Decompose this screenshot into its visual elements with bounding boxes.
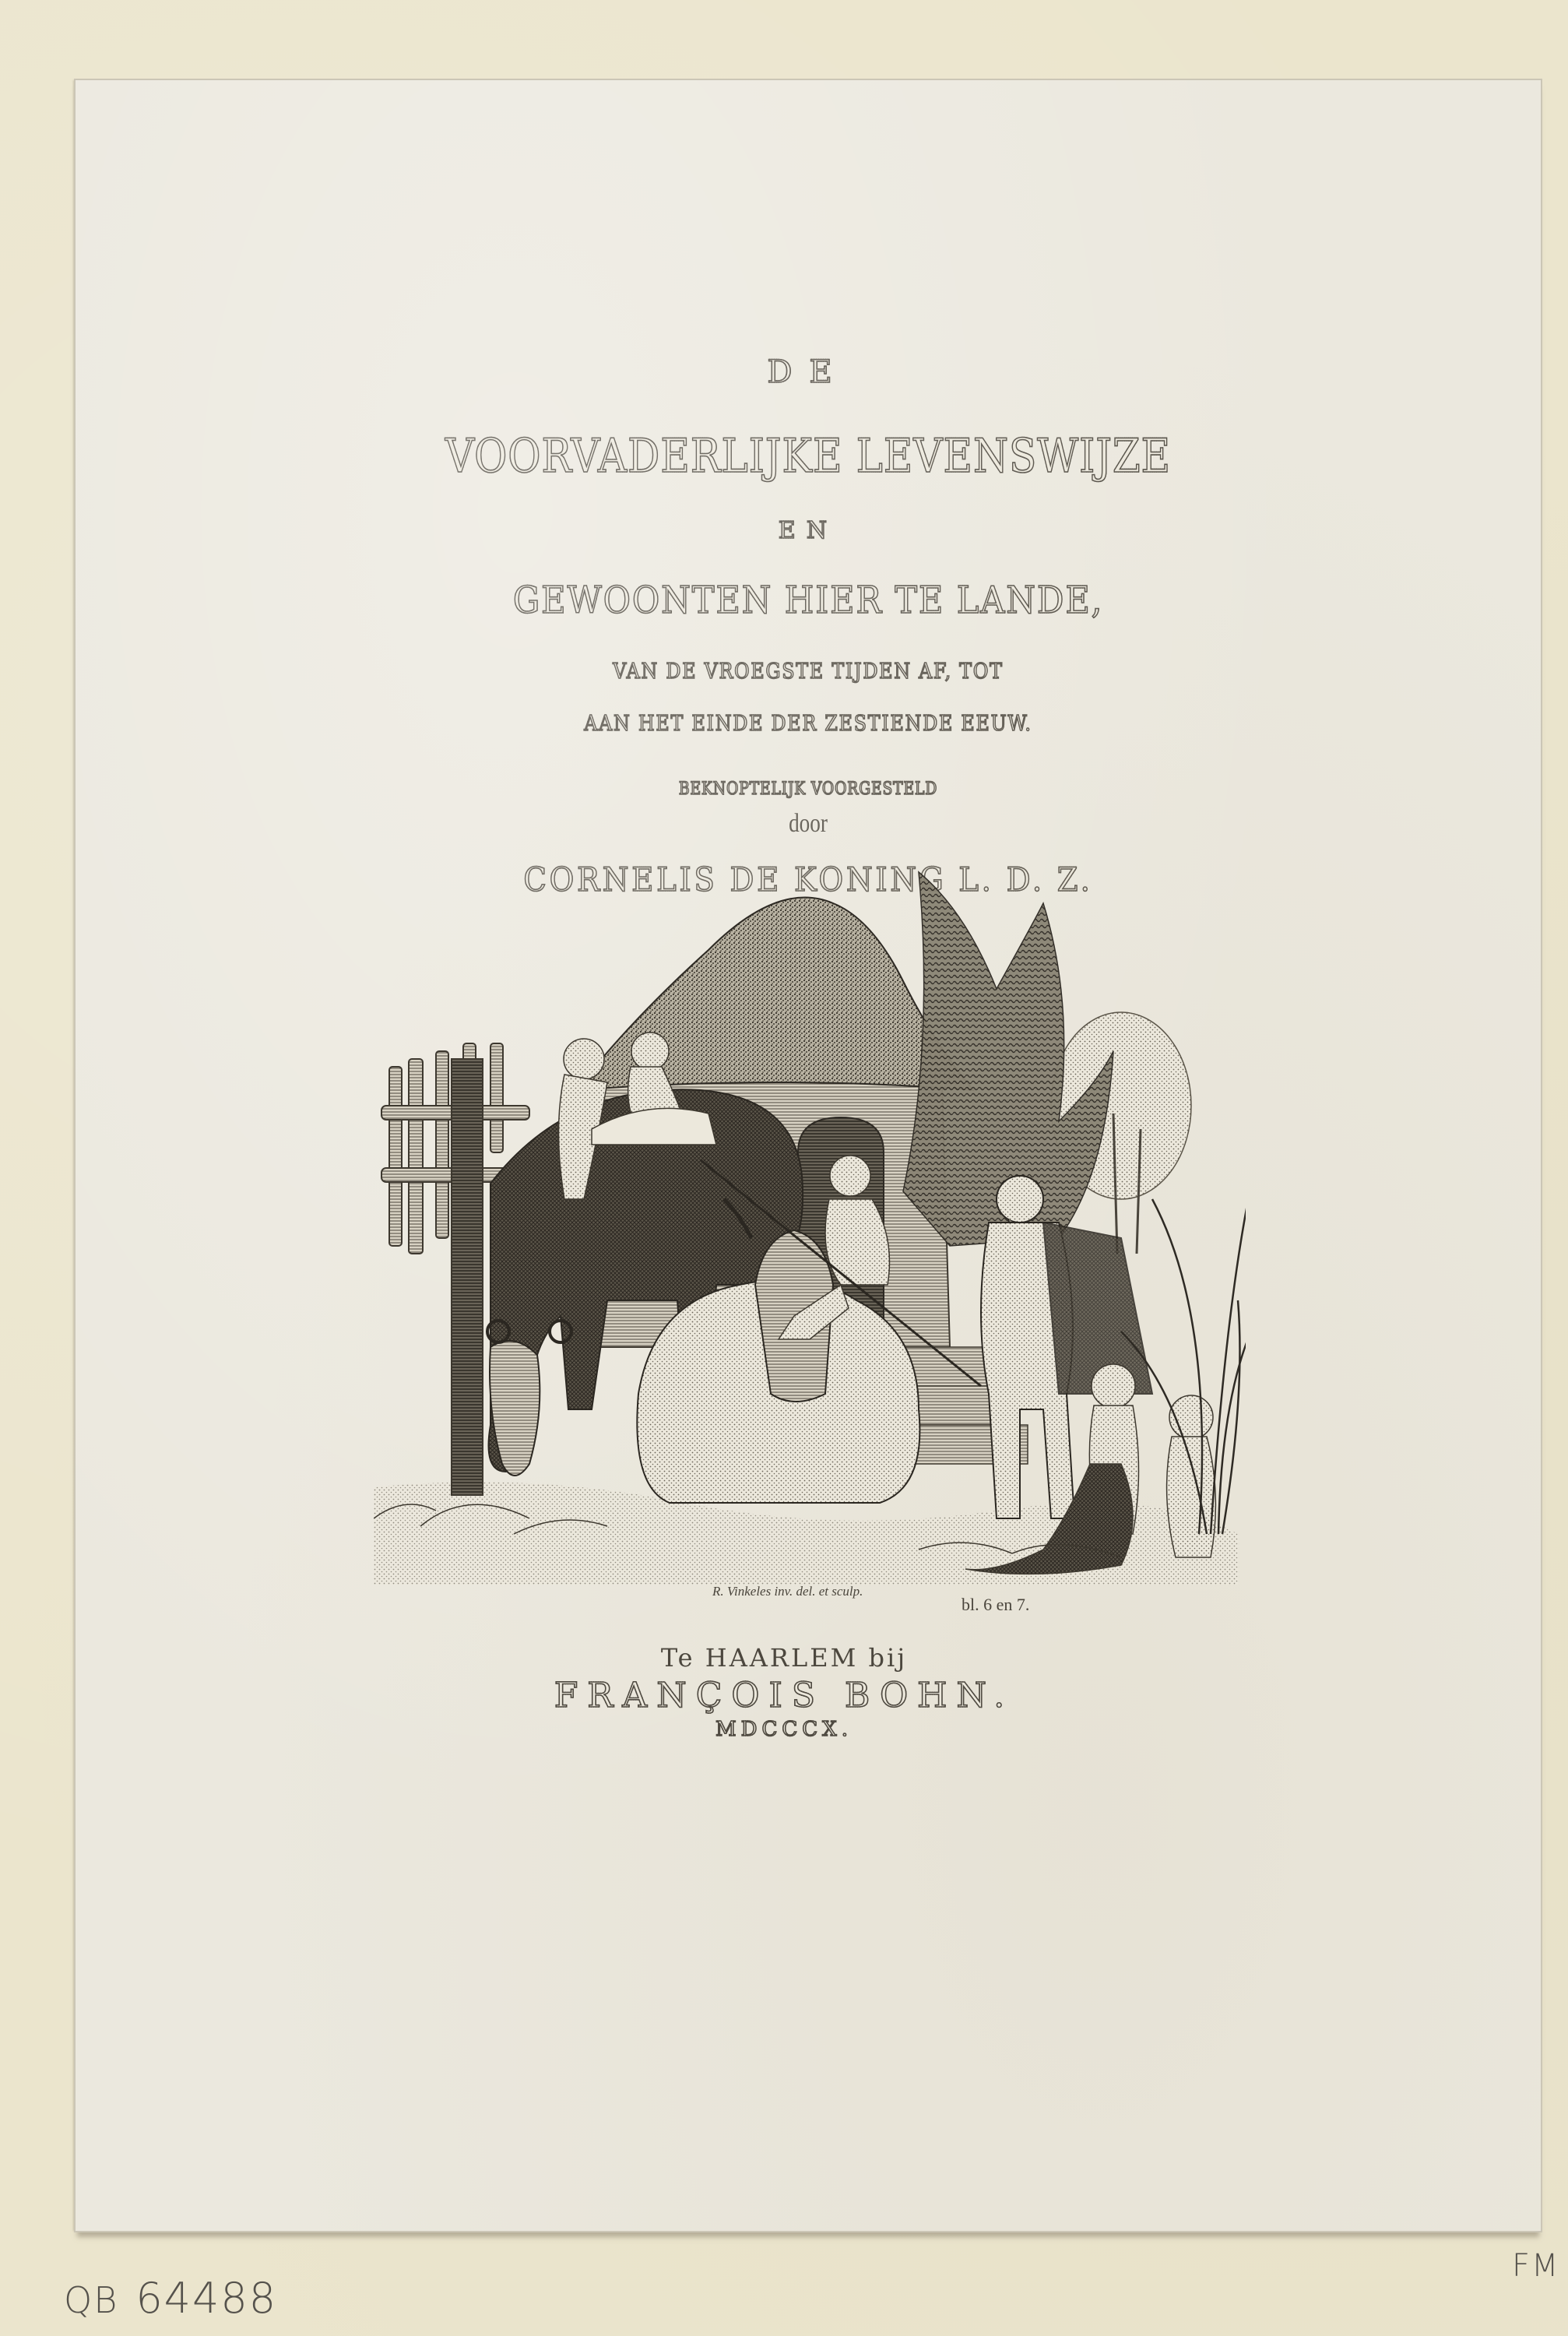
subtitle-line-3: BEKNOPTELIJK VOORGESTELD <box>185 779 1431 799</box>
subtitle-line-1: VAN DE VROEGSTE TIJDEN AF, TOT <box>163 660 1453 684</box>
imprint-year: MDCCCX. <box>0 1718 1568 1741</box>
accession-prefix: QB <box>64 2279 118 2321</box>
vignette-illustration <box>374 849 1246 1588</box>
page-reference: bl. 6 en 7. <box>962 1595 1029 1615</box>
title-article: DE <box>76 354 1541 390</box>
main-title: VOORVADERLIJKE LEVENSWIJZE <box>178 429 1439 484</box>
engraver-credit: R. Vinkeles inv. del. et sculp. <box>712 1584 863 1599</box>
corner-mark: FM <box>1512 2248 1560 2284</box>
author-preposition: door <box>222 809 1394 839</box>
subtitle-line-2: AAN HET EINDE DER ZESTIENDE EEUW. <box>163 712 1453 736</box>
main-title-line-2: GEWOONTEN HIER TE LANDE, <box>149 579 1468 622</box>
imprint-publisher: FRANÇOIS BOHN. <box>0 1676 1568 1715</box>
accession-annotation: QB64488 <box>64 2274 277 2323</box>
imprint-place: Te HAARLEM bij <box>0 1643 1568 1673</box>
title-conjunction: EN <box>76 517 1541 544</box>
accession-number: 64488 <box>135 2274 277 2323</box>
